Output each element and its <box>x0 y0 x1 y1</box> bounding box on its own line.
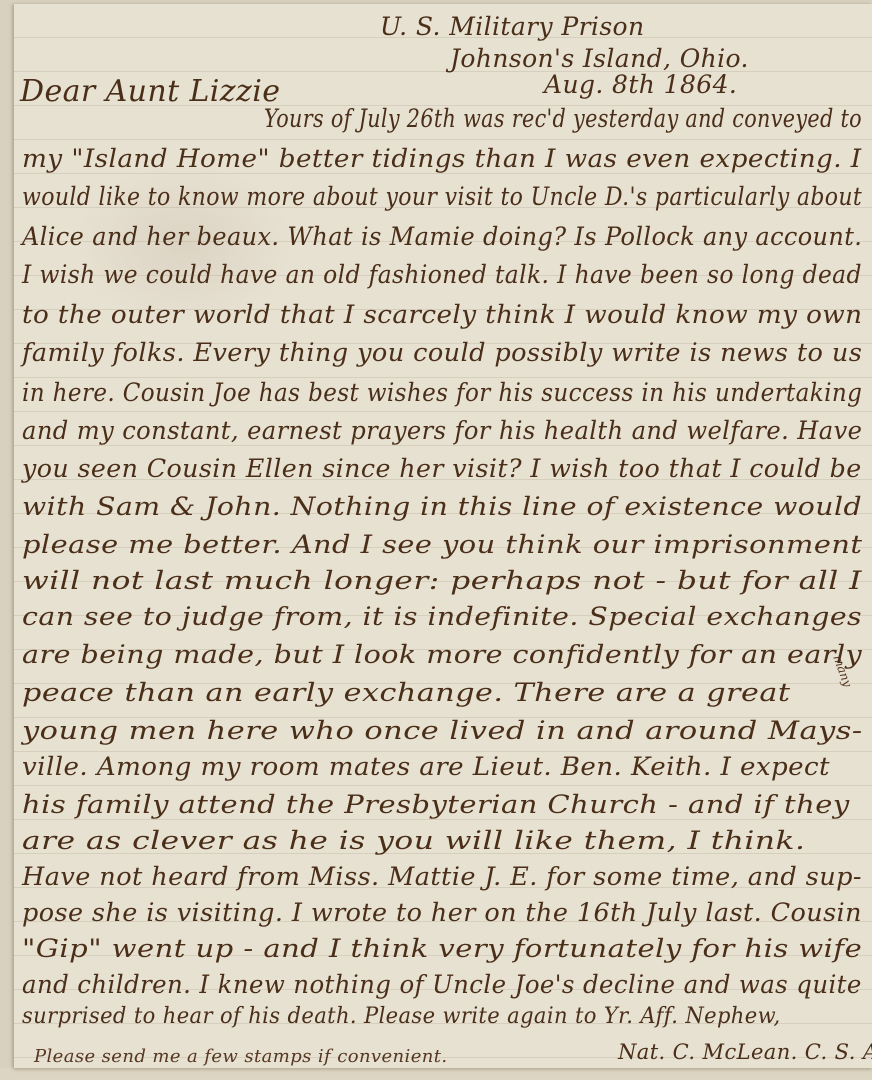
body-line: Have not heard from Miss. Mattie J. E. f… <box>22 862 862 891</box>
body-line: young men here who once lived in and aro… <box>22 716 863 745</box>
body-line: in here. Cousin Joe has best wishes for … <box>22 378 862 407</box>
body-line: are being made, but I look more confiden… <box>22 640 862 669</box>
body-line: my "Island Home" better tidings than I w… <box>22 144 862 173</box>
signature: Nat. C. McLean. C. S. A. <box>618 1040 872 1064</box>
body-line: family folks. Every thing you could poss… <box>22 338 862 367</box>
body-line: with Sam & John. Nothing in this line of… <box>22 492 862 521</box>
heading-location: Johnson's Island, Ohio. <box>450 44 749 73</box>
body-line: peace than an early exchange. There are … <box>22 678 790 707</box>
letter-page: U. S. Military Prison Johnson's Island, … <box>14 4 872 1068</box>
body-line: and my constant, earnest prayers for his… <box>22 416 862 445</box>
body-line: can see to judge from, it is indefinite.… <box>22 602 862 631</box>
body-line: and children. I knew nothing of Uncle Jo… <box>22 970 862 999</box>
body-line: would like to know more about your visit… <box>22 182 862 211</box>
body-line: Yours of July 26th was rec'd yesterday a… <box>264 104 862 133</box>
body-line: are as clever as he is you will like the… <box>22 826 805 855</box>
body-line: please me better. And I see you think ou… <box>22 530 862 559</box>
postscript: Please send me a few stamps if convenien… <box>34 1046 448 1067</box>
body-line: ville. Among my room mates are Lieut. Be… <box>22 752 830 781</box>
mat-border <box>0 1068 872 1080</box>
body-line: surprised to hear of his death. Please w… <box>22 1004 781 1029</box>
body-line: will not last much longer: perhaps not -… <box>22 566 862 595</box>
body-line: "Gip" went up - and I think very fortuna… <box>22 934 862 963</box>
body-line: pose she is visiting. I wrote to her on … <box>22 898 862 927</box>
body-line: you seen Cousin Ellen since her visit? I… <box>22 454 862 483</box>
body-line: I wish we could have an old fashioned ta… <box>22 260 862 289</box>
salutation: Dear Aunt Lizzie <box>20 74 280 109</box>
heading-date: Aug. 8th 1864. <box>544 70 737 99</box>
body-line: Alice and her beaux. What is Mamie doing… <box>22 222 862 251</box>
heading-prison: U. S. Military Prison <box>380 12 645 41</box>
body-line: his family attend the Presbyterian Churc… <box>22 790 850 819</box>
body-line: to the outer world that I scarcely think… <box>22 300 862 329</box>
